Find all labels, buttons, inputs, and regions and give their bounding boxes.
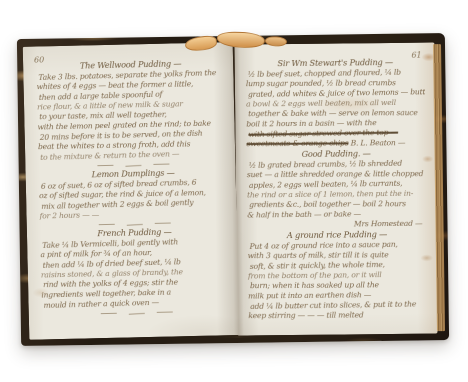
divider-dash: [126, 223, 142, 225]
divider-dash: [128, 312, 144, 314]
divider-dash: [125, 164, 141, 166]
handwritten-line: burn; when it has soaked up all the: [250, 280, 427, 291]
right-page: 61 Sir Wm Stewart's Pudding —½ lb beef s…: [234, 43, 437, 336]
recipe-entry: Good Pudding. —½ lb grated bread crumbs,…: [247, 148, 427, 231]
divider-dash: [153, 163, 169, 164]
handwritten-line: gredients &c., boil together — boil 2 ho…: [249, 199, 426, 210]
recipe-entry: The Wellwood Pudding —Take 3 lbs. potato…: [36, 57, 227, 162]
handwritten-line: keep stirring — — — till melted: [248, 310, 427, 321]
recipe-entry: A ground rice Pudding —Put 4 oz of groun…: [247, 229, 427, 322]
struck-text: sweetmeats & orange chips: [246, 138, 348, 148]
handwritten-line: sweetmeats & orange chips B. L. Beaton —: [246, 138, 425, 149]
photo-background: 60 The Wellwood Pudding —Take 3 lbs. pot…: [0, 0, 468, 382]
divider-dash: [154, 222, 170, 223]
manuscript-book: 60 The Wellwood Pudding —Take 3 lbs. pot…: [17, 33, 449, 346]
text-segment: B. L. Beaton —: [348, 138, 405, 147]
left-page: 60 The Wellwood Pudding —Take 3 lbs. pot…: [23, 42, 240, 340]
struck-text: with sifted sugar strewed over the top —: [248, 128, 398, 139]
handwritten-line: together & bake with — serve on lemon sa…: [248, 108, 425, 119]
divider-dash: [100, 312, 116, 313]
left-page-entries: The Wellwood Pudding —Take 3 lbs. potato…: [36, 57, 231, 333]
divider-dash: [156, 311, 172, 312]
divider-dash: [97, 164, 113, 165]
right-page-entries: Sir Wm Stewart's Pudding —½ lb beef suet…: [246, 57, 428, 330]
divider-dash: [98, 223, 114, 224]
recipe-entry: Lemon Dumplings —6 oz of suet, 6 oz of s…: [39, 166, 229, 221]
recipe-entry: French Pudding —Take ¼ lb Vermicelli, bo…: [40, 225, 231, 310]
recipe-entry: Sir Wm Stewart's Pudding —½ lb beef suet…: [246, 57, 426, 150]
